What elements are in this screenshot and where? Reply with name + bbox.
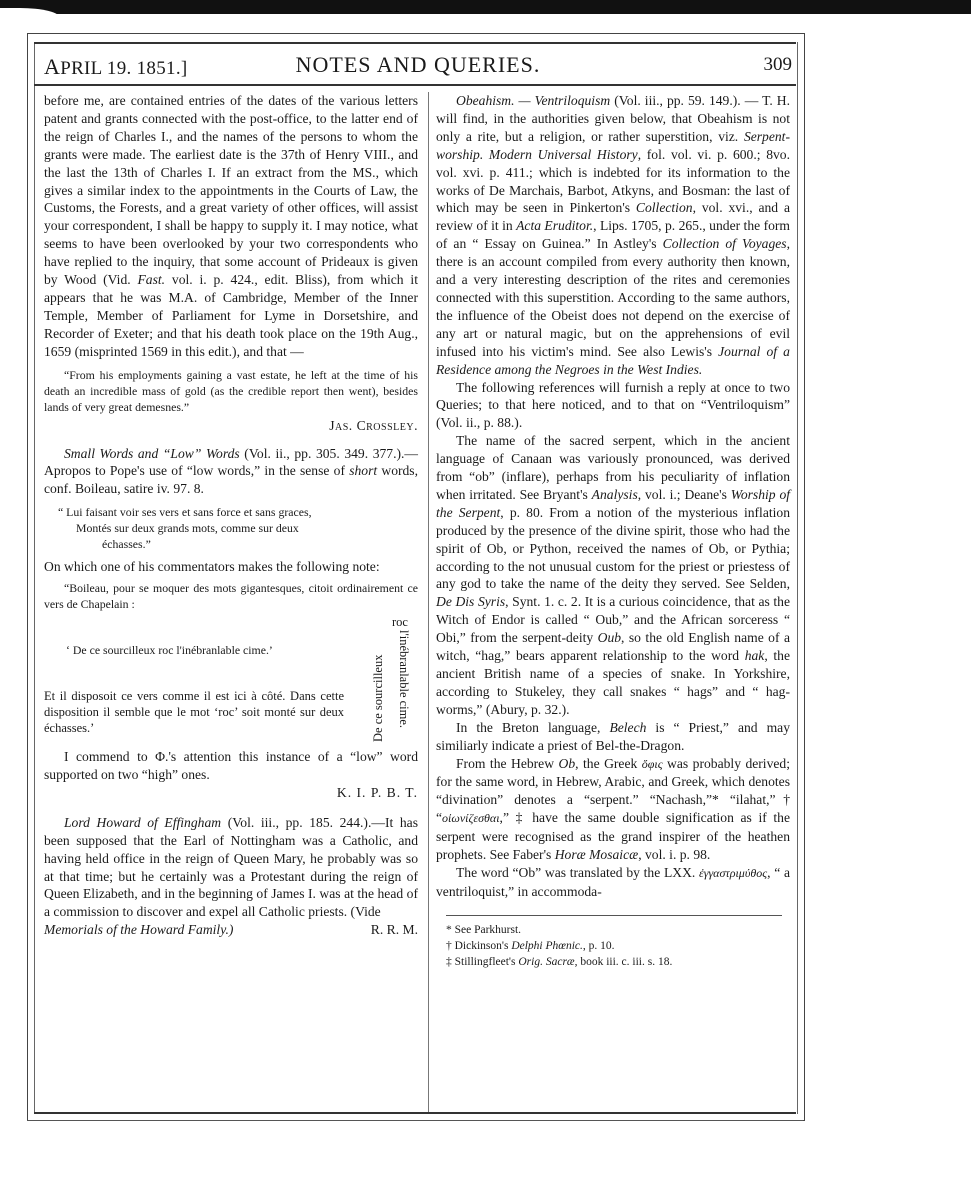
prideaux-paragraph: before me, are contained entries of the …: [44, 92, 418, 361]
top-rule: [34, 42, 796, 44]
footnote-rule: [446, 915, 782, 916]
column-separator: [428, 92, 429, 1112]
footnote-1: * See Parkhurst.: [446, 922, 790, 938]
vertical-roc: roc: [392, 614, 408, 630]
left-column: before me, are contained entries of the …: [44, 92, 418, 939]
header-rule: [34, 84, 796, 86]
vertical-stilt-left: De ce sourcilleux: [370, 630, 386, 742]
scan-top-edge: [0, 0, 971, 14]
chapelain-verse-block: ‘ De ce sourcilleux roc l'inébranlable c…: [44, 614, 418, 742]
running-header: APRIL 19. 1851.] NOTES AND QUERIES. 309: [44, 50, 792, 80]
chapelain-verse: ‘ De ce sourcilleux roc l'inébranlable c…: [66, 642, 273, 658]
journal-title: NOTES AND QUERIES.: [44, 52, 792, 78]
vertical-stilt-right: l'inébranlable cime.: [396, 630, 412, 742]
howard-paragraph: Lord Howard of Effingham (Vol. iii., pp.…: [44, 814, 418, 921]
bottom-rule-outer: [27, 1120, 803, 1121]
signature-crossley: Jas. Crossley.: [44, 417, 418, 435]
footnote-3: ‡ Stillingfleet's Orig. Sacræ, book iii.…: [446, 954, 790, 970]
howard-closing-line: Memorials of the Howard Family.) R. R. M…: [44, 921, 418, 939]
breton-paragraph: In the Breton language, Belech is “ Prie…: [436, 719, 790, 755]
boileau-poem: “ Lui faisant voir ses vers et sans forc…: [58, 504, 418, 552]
sacred-serpent-paragraph: The name of the sacred serpent, which in…: [436, 432, 790, 719]
commend-paragraph: I commend to Φ.'s attention this instanc…: [44, 748, 418, 784]
references-paragraph: The following references will furnish a …: [436, 379, 790, 433]
lxx-paragraph: The word “Ob” was translated by the LXX.…: [436, 864, 790, 901]
disposition-note: Et il disposoit ce vers comme il est ici…: [44, 688, 344, 736]
signature-rrm: R. R. M.: [371, 921, 418, 939]
hebrew-ob-paragraph: From the Hebrew Ob, the Greek ὄφις was p…: [436, 755, 790, 864]
signature-kipbt: K. I. P. B. T.: [44, 784, 418, 802]
right-column: Obeahism. — Ventriloquism (Vol. iii., pp…: [436, 92, 790, 970]
obeahism-heading: Obeahism. — Ventriloquism: [456, 93, 610, 108]
footnotes: * See Parkhurst. † Dickinson's Delphi Ph…: [436, 922, 790, 970]
wood-quote: “From his employments gaining a vast est…: [44, 367, 418, 415]
small-words-heading: Small Words and “Low” Words: [64, 446, 240, 461]
bottom-rule: [34, 1112, 796, 1114]
on-which-paragraph: On which one of his commentators makes t…: [44, 558, 418, 576]
boileau-note: “Boileau, pour se moquer des mots gigant…: [44, 580, 418, 612]
obeahism-paragraph: Obeahism. — Ventriloquism (Vol. iii., pp…: [436, 92, 790, 379]
howard-heading: Lord Howard of Effingham: [64, 815, 221, 830]
small-words-paragraph: Small Words and “Low” Words (Vol. ii., p…: [44, 445, 418, 499]
footnote-2: † Dickinson's Delphi Phœnic., p. 10.: [446, 938, 790, 954]
page-number: 309: [764, 54, 793, 76]
